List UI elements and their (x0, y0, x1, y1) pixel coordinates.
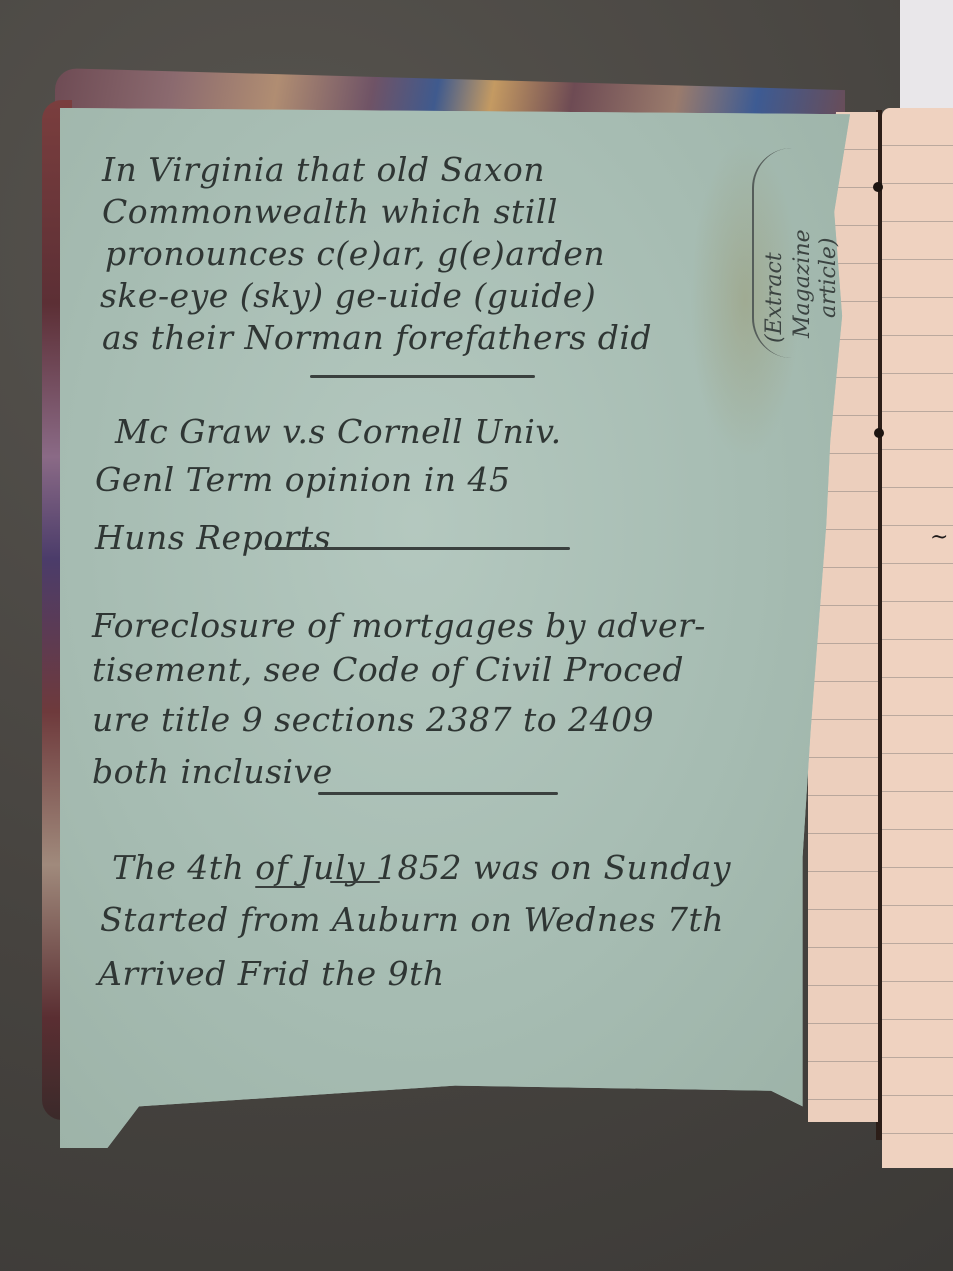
binding-hole (874, 428, 884, 438)
text-line: Arrived Frid the 9th (98, 954, 445, 993)
facing-page-mark: ~ (930, 525, 948, 550)
margin-note-line: Magazine (790, 229, 815, 338)
text-line: as their Norman forefathers did (102, 318, 652, 357)
text-line: ske-eye (sky) ge-uide (guide) (100, 276, 596, 315)
text-line: Huns Reports (95, 518, 331, 557)
text-line: Commonwealth which still (102, 192, 558, 231)
text-line: Genl Term opinion in 45 (95, 460, 510, 499)
text-line: both inclusive (92, 752, 333, 791)
text-line: Started from Auburn on Wednes 7th (100, 900, 724, 939)
binding-hole (873, 182, 883, 192)
facing-ruled-page (882, 108, 953, 1168)
margin-note: (Extract Magazine article) (752, 148, 842, 358)
text-line: ure title 9 sections 2387 to 2409 (92, 700, 654, 739)
text-line: tisement, see Code of Civil Proced (92, 650, 684, 689)
white-card-corner (900, 0, 953, 108)
text-line: Foreclosure of mortgages by adver- (92, 606, 706, 645)
date-underline (255, 886, 305, 888)
flourish-underline (318, 792, 558, 795)
margin-note-line: (Extract (762, 252, 787, 343)
date-underline (330, 881, 380, 883)
flourish-underline (265, 547, 570, 550)
text-line: In Virginia that old Saxon (102, 150, 545, 189)
text-line: pronounces c(e)ar, g(e)arden (105, 234, 605, 273)
margin-note-line: article) (816, 238, 841, 318)
flourish-underline (310, 375, 535, 378)
text-line: The 4th of July 1852 was on Sunday (112, 848, 731, 887)
text-line: Mc Graw v.s Cornell Univ. (115, 412, 562, 451)
